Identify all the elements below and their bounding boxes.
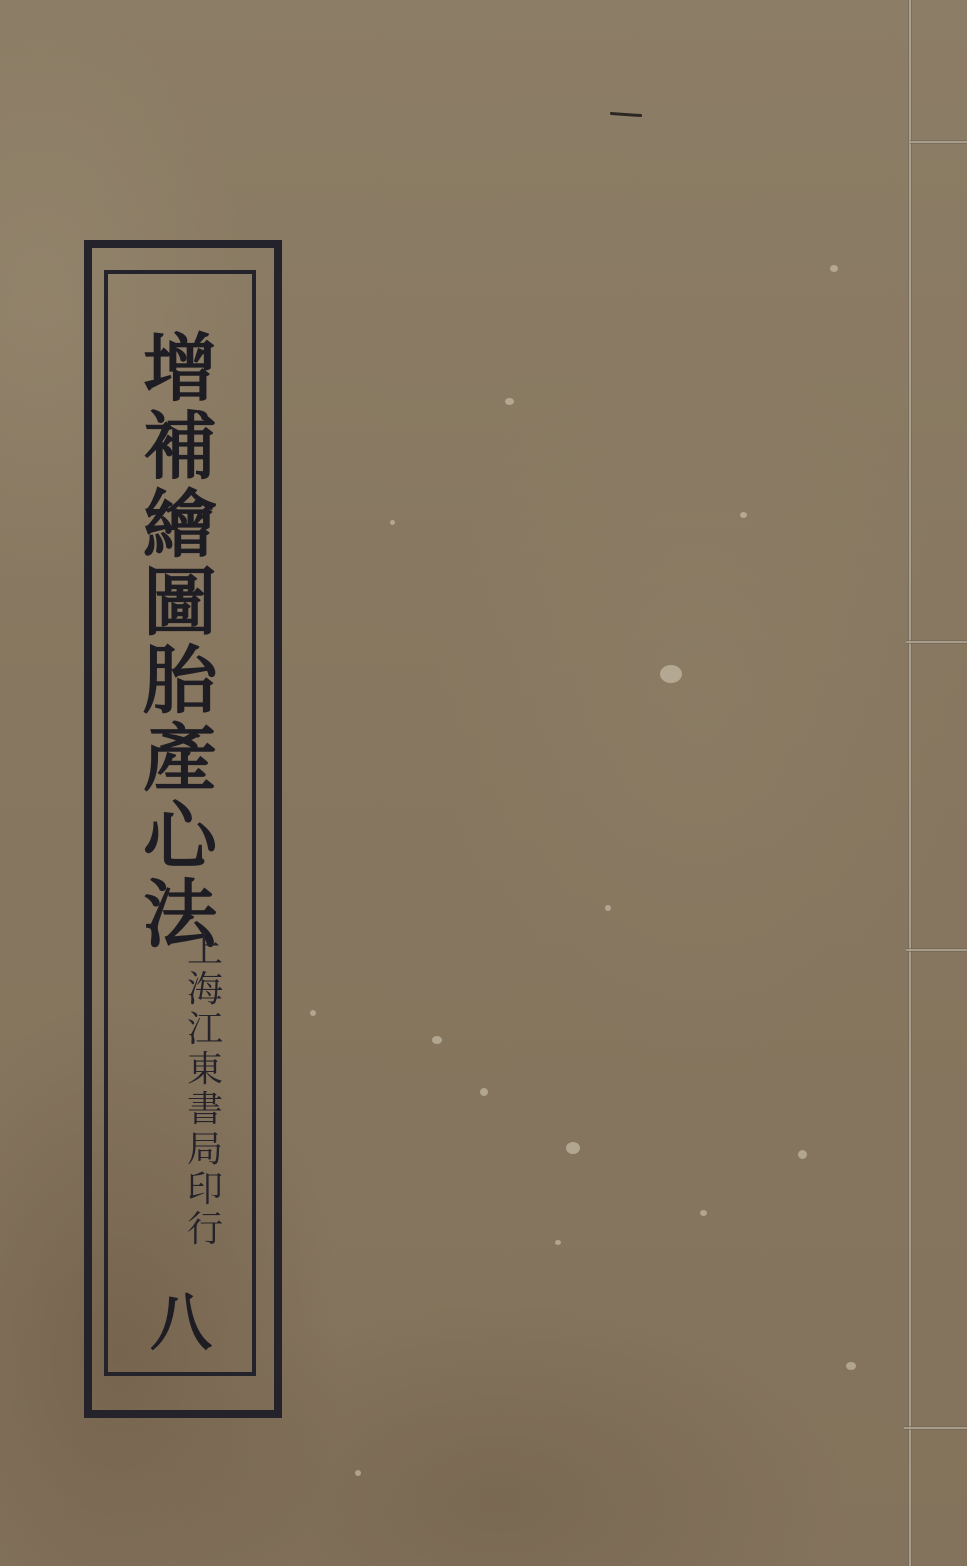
title-char: 補 bbox=[143, 408, 217, 486]
binding-stitch bbox=[906, 640, 967, 644]
publisher-char: 局 bbox=[187, 1130, 223, 1170]
binding-stitch bbox=[906, 948, 967, 952]
paper-speck bbox=[700, 1210, 707, 1216]
volume-number: 八 bbox=[136, 1290, 226, 1356]
paper-speck bbox=[798, 1150, 807, 1159]
paper-speck bbox=[555, 1240, 561, 1245]
paper-speck bbox=[566, 1142, 580, 1154]
title-char: 圖 bbox=[143, 564, 217, 642]
paper-speck bbox=[505, 398, 514, 405]
binding-stitch bbox=[910, 140, 967, 144]
paper-speck bbox=[830, 265, 838, 272]
binding-thread bbox=[908, 0, 912, 1566]
publisher-char: 東 bbox=[187, 1050, 223, 1090]
paper-speck bbox=[432, 1036, 442, 1044]
title-char: 繪 bbox=[143, 486, 217, 564]
publisher-char: 書 bbox=[187, 1090, 223, 1130]
publisher-char: 行 bbox=[187, 1210, 223, 1250]
title-char: 胎 bbox=[143, 642, 217, 720]
binding-stitch bbox=[904, 1426, 967, 1430]
publisher-char: 上 bbox=[187, 930, 223, 970]
publisher-imprint: 上 海 江 東 書 局 印 行 bbox=[182, 930, 228, 1250]
paper-speck bbox=[605, 905, 611, 911]
publisher-char: 江 bbox=[187, 1010, 223, 1050]
paper-speck bbox=[846, 1362, 856, 1370]
paper-speck bbox=[355, 1470, 361, 1476]
paper-speck bbox=[390, 520, 395, 525]
paper-speck bbox=[310, 1010, 316, 1016]
book-title: 增 補 繪 圖 胎 產 心 法 bbox=[132, 330, 228, 954]
publisher-char: 海 bbox=[187, 970, 223, 1010]
publisher-char: 印 bbox=[187, 1170, 223, 1210]
title-char: 增 bbox=[143, 330, 217, 408]
title-char: 產 bbox=[143, 720, 217, 798]
paper-speck bbox=[480, 1088, 488, 1096]
title-char: 心 bbox=[143, 798, 217, 876]
paper-speck bbox=[660, 665, 682, 683]
paper-speck bbox=[740, 512, 747, 518]
